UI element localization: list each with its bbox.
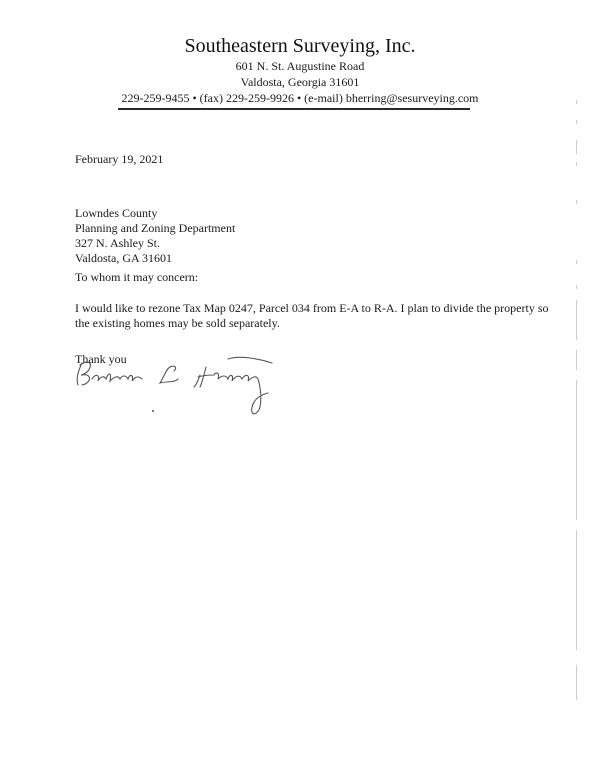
recipient-line: 327 N. Ashley St. [75,236,235,251]
signature-image [70,345,310,425]
letter-date: February 19, 2021 [75,152,163,167]
recipient-line: Planning and Zoning Department [75,221,235,236]
recipient-address: Lowndes County Planning and Zoning Depar… [75,206,235,266]
company-address-line1: 601 N. St. Augustine Road [0,58,600,74]
company-name: Southeastern Surveying, Inc. [0,34,600,58]
company-contact: 229-259-9455 • (fax) 229-259-9926 • (e-m… [0,90,600,106]
letterhead-divider [118,108,470,110]
letter-body: I would like to rezone Tax Map 0247, Par… [75,301,555,331]
recipient-line: Valdosta, GA 31601 [75,251,235,266]
company-address-line2: Valdosta, Georgia 31601 [0,74,600,90]
recipient-line: Lowndes County [75,206,235,221]
stray-mark [152,410,154,412]
salutation: To whom it may concern: [75,270,198,285]
scan-edge-marks [574,100,580,700]
letterhead: Southeastern Surveying, Inc. 601 N. St. … [0,34,600,106]
